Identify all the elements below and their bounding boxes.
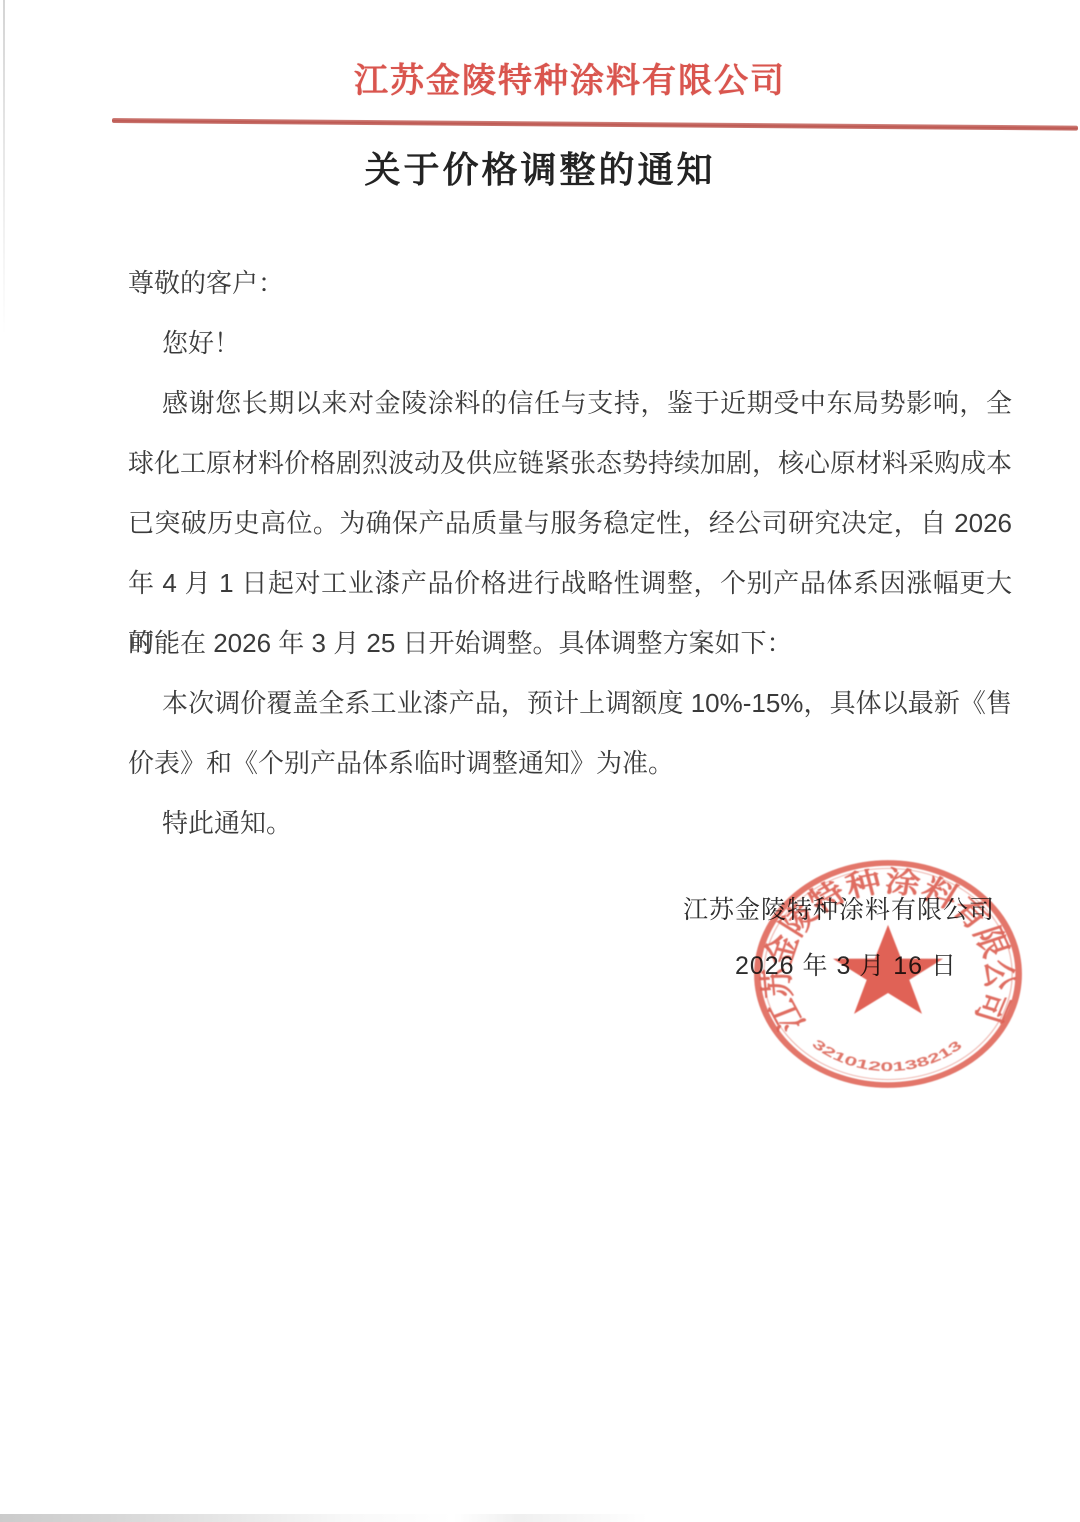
company-seal-stamp: 江苏金陵特种涂料有限公司 3210120138213 [748,855,1028,1093]
body-line: 感谢您长期以来对金陵涂料的信任与支持，鉴于近期受中东局势影响，全 [128,373,1012,433]
body-line: 球化工原材料价格剧烈波动及供应链紧张态势持续加剧，核心原材料采购成本 [128,433,1012,493]
body-line: 已突破历史高位。为确保产品质量与服务稳定性，经公司研究决定，自 2026 [128,493,1012,553]
notice-document-page: 江苏金陵特种涂料有限公司 关于价格调整的通知 尊敬的客户：您好！感谢您长期以来对… [0,0,1080,1522]
body-lines: 尊敬的客户：您好！感谢您长期以来对金陵涂料的信任与支持，鉴于近期受中东局势影响，… [128,253,1012,853]
document-title: 关于价格调整的通知 [0,148,1080,192]
letterhead-company-name: 江苏金陵特种涂料有限公司 [130,60,1010,102]
letterhead-divider-rule [112,118,1078,131]
body-line: 您好！ [128,313,1012,373]
body-line: 年 4 月 1 日起对工业漆产品价格进行战略性调整，个别产品体系因涨幅更大的 [128,553,1012,613]
body-line: 可能在 2026 年 3 月 25 日开始调整。具体调整方案如下： [128,613,1012,673]
body-line: 价表》和《个别产品体系临时调整通知》为准。 [128,733,1012,793]
seal-star-icon [833,925,943,1014]
scan-edge-artifact-bottom [0,1514,1080,1522]
body-line: 特此通知。 [128,793,1012,853]
body-line: 尊敬的客户： [128,253,1012,313]
body-line: 本次调价覆盖全系工业漆产品，预计上调额度 10%-15%，具体以最新《售 [128,673,1012,733]
